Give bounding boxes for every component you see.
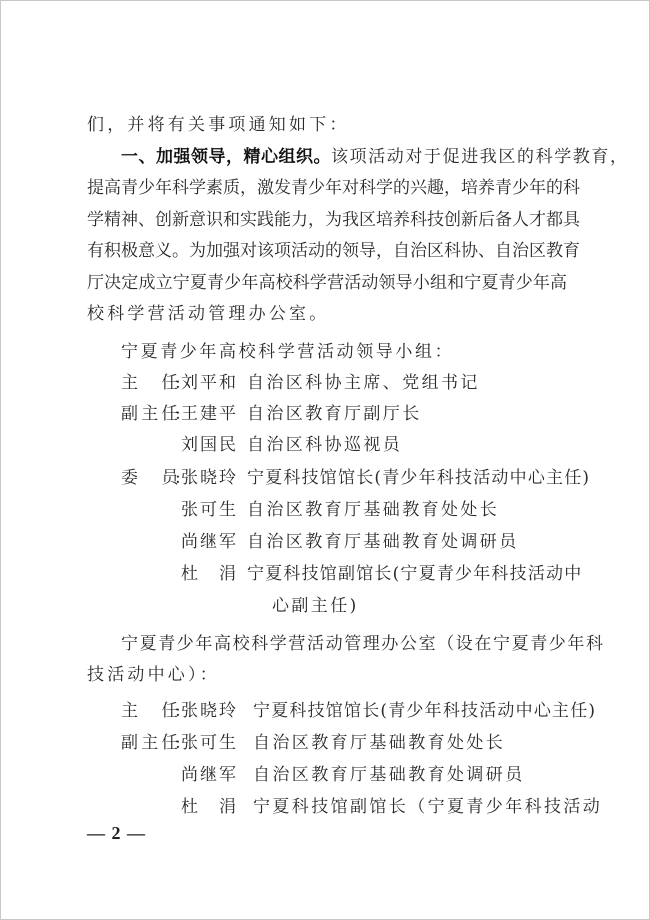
member-name: 尚继军 [181,526,247,558]
section-heading: 一、加强领导，精心组织。 [121,147,331,167]
member-row: 尚继军自治区教育厅基础教育处调研员 [121,526,567,558]
member-title: 自治区科协巡视员 [247,429,402,461]
document-page: 们，并将有关事项通知如下： 一、加强领导，精心组织。该项活动对于促进我区的科学教… [0,0,650,920]
office-heading-continued: 技活动中心）： [87,659,567,691]
page-number: — 2 — [87,823,146,844]
member-role: 主 任 [121,695,175,727]
member-role: 副主任 [121,398,175,430]
member-row: 主 任:刘平和自治区科协主席、党组书记 [121,367,567,399]
member-title: 自治区科协主席、党组书记 [247,367,480,399]
paragraph-line: 有积极意义。为加强对该项活动的领导，自治区科协、自治区教育 [87,235,567,267]
member-title: 宁夏科技馆馆长(青少年科技活动中心主任) [253,695,596,727]
member-title: 宁夏科技馆馆长(青少年科技活动中心主任) [247,462,590,494]
member-row: 张可生自治区教育厅基础教育处处长 [121,494,567,526]
office-member-row: 尚继军自治区教育厅基础教育处调研员 [121,759,567,791]
paragraph-line: 厅决定成立宁夏青少年高校科学营活动领导小组和宁夏青少年高 [87,267,567,299]
office-member-row: 杜 涓宁夏科技馆副馆长（宁夏青少年科技活动 [121,791,567,823]
member-title: 自治区教育厅基础教育处调研员 [247,526,519,558]
paragraph-line: 提高青少年科学素质，激发青少年对科学的兴趣，培养青少年的科 [87,172,567,204]
section-body-start: 该项活动对于促进我区的科学教育， [331,147,629,167]
member-role: 副主任 [121,727,175,759]
member-role: 主 任 [121,367,175,399]
member-row: 副主任:王建平自治区教育厅副厅长 [121,398,567,430]
member-role: 委 员 [121,462,175,494]
paragraph-line: 学精神、创新意识和实践能力，为我区培养科技创新后备人才都具 [87,204,567,236]
member-name: 张晓玲 [181,462,247,494]
member-title: 宁夏科技馆副馆长(宁夏青少年科技活动中 [247,558,582,590]
member-title: 自治区教育厅基础教育处处长 [247,494,499,526]
leading-group-heading: 宁夏青少年高校科学营活动领导小组： [121,336,567,368]
member-row: 杜 涓宁夏科技馆副馆长(宁夏青少年科技活动中 [121,558,567,590]
office-heading: 宁夏青少年高校科学营活动管理办公室（设在宁夏青少年科 [121,628,567,660]
member-name: 刘国民 [181,429,247,461]
member-row: 委 员:张晓玲宁夏科技馆馆长(青少年科技活动中心主任) [121,462,567,494]
member-title: 自治区教育厅基础教育处调研员 [253,759,525,791]
member-name: 尚继军 [181,759,253,791]
member-row-continuation: 心副主任) [121,590,567,622]
member-title: 自治区教育厅基础教育处处长 [253,727,505,759]
member-name: 张可生 [181,727,253,759]
member-row: 刘国民自治区科协巡视员 [121,429,567,461]
member-title-continuation: 心副主任) [272,590,359,622]
office-member-row: 主 任:张晓玲宁夏科技馆馆长(青少年科技活动中心主任) [121,695,567,727]
member-name: 张可生 [181,494,247,526]
paragraph-line: 校科学营活动管理办公室。 [87,298,567,330]
member-name: 王建平 [181,398,247,430]
member-title: 宁夏科技馆副馆长（宁夏青少年科技活动 [253,791,602,823]
member-name: 杜 涓 [181,558,247,590]
member-name: 张晓玲 [181,695,253,727]
office-member-row: 副主任:张可生自治区教育厅基础教育处处长 [121,727,567,759]
member-title: 自治区教育厅副厅长 [247,398,422,430]
member-name: 刘平和 [181,367,247,399]
member-name: 杜 涓 [181,791,253,823]
continuation-line: 们，并将有关事项通知如下： [87,109,567,141]
section-heading-line: 一、加强领导，精心组织。该项活动对于促进我区的科学教育， [121,141,567,173]
